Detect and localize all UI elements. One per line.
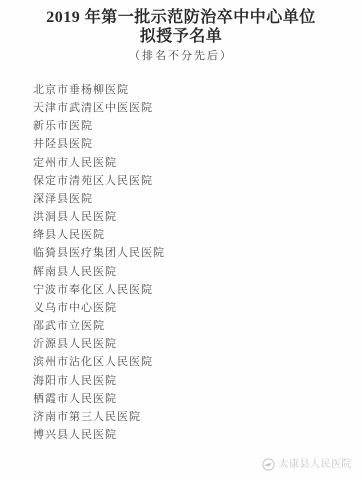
hospital-list-item: 天津市武清区中医医院 [33,99,333,117]
hospital-list-item: 沂源县人民医院 [33,335,333,353]
hospital-list-item: 栖霞市人民医院 [33,390,333,408]
hospital-list-item: 定州市人民医院 [33,154,333,172]
hospital-list-item: 临猗县医疗集团人民医院 [33,244,333,262]
hospital-list-item: 海阳市人民医院 [33,372,333,390]
hospital-list-item: 北京市垂杨柳医院 [33,81,333,99]
hospital-list-item: 博兴县人民医院 [33,426,333,444]
hospital-list-item: 济南市第三人民医院 [33,408,333,426]
hospital-list-item: 义乌市中心医院 [33,299,333,317]
hospital-list-item: 邵武市立医院 [33,317,333,335]
document-title-line1: 2019 年第一批示范防治卒中中心单位 [0,8,362,27]
watermark: 太康县人民医院 [262,458,353,471]
hospital-list-item: 滨州市沾化区人民医院 [33,353,333,371]
document-subtitle: （排名不分先后） [0,50,362,63]
hospital-list-item: 宁波市奉化区人民医院 [33,281,333,299]
hospital-list-item: 辉南县人民医院 [33,263,333,281]
hospital-list-item: 新乐市医院 [33,117,333,135]
hospital-list-item: 井陉县医院 [33,135,333,153]
hospital-account-logo-icon [262,458,275,471]
hospital-list-item: 绛县人民医院 [33,226,333,244]
document-page: 2019 年第一批示范防治卒中中心单位 拟授予名单 （排名不分先后） 北京市垂杨… [0,0,362,480]
title-block: 2019 年第一批示范防治卒中中心单位 拟授予名单 （排名不分先后） [0,8,362,63]
watermark-text: 太康县人民医院 [279,459,353,471]
hospital-list-item: 深泽县医院 [33,190,333,208]
document-title-line2: 拟授予名单 [0,27,362,46]
hospital-list: 北京市垂杨柳医院 天津市武清区中医医院 新乐市医院 井陉县医院 定州市人民医院 … [33,81,333,444]
hospital-list-item: 洪洞县人民医院 [33,208,333,226]
hospital-list-item: 保定市清苑区人民医院 [33,172,333,190]
